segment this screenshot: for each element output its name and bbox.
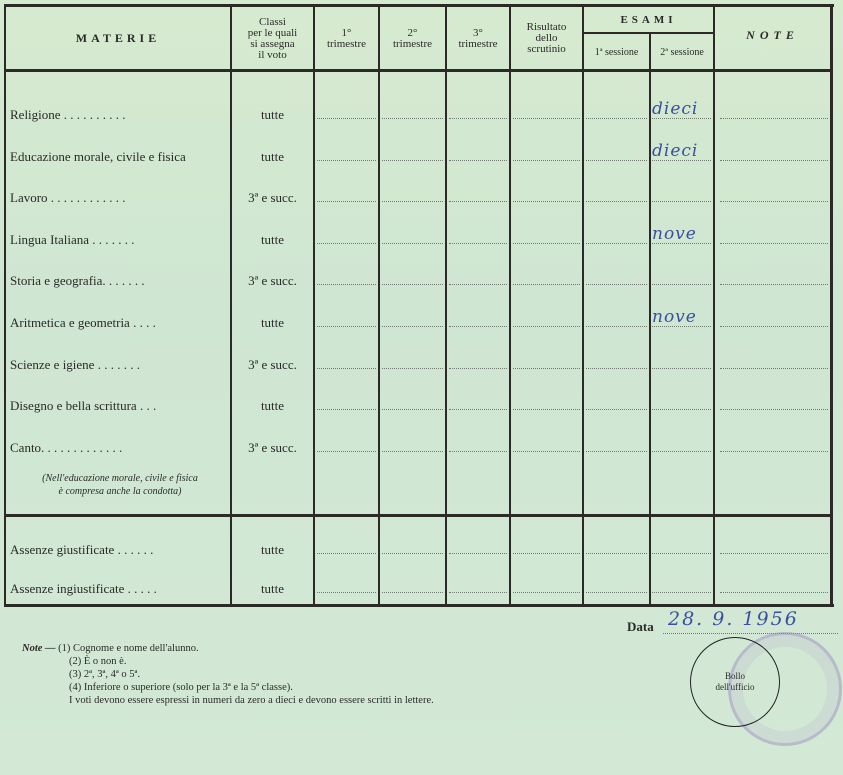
- header-materie: MATERIE: [6, 8, 230, 69]
- grade-field-line[interactable]: [513, 284, 580, 285]
- grade-field-line[interactable]: [586, 160, 647, 161]
- grade-field-line[interactable]: [449, 284, 507, 285]
- subject-classi: tutte: [231, 149, 314, 165]
- grade-field-line[interactable]: [382, 160, 443, 161]
- header-trimestre-2: 2° trimestre: [380, 8, 445, 69]
- absence-separator-rule: [4, 514, 832, 517]
- esami-sub-rule: [583, 32, 714, 34]
- grade-field-line[interactable]: [449, 368, 507, 369]
- grade-field-line[interactable]: [652, 368, 711, 369]
- grade-field-line[interactable]: [382, 284, 443, 285]
- footer-notes-lead: Note —: [22, 643, 56, 654]
- table-bottom-border: [4, 604, 834, 607]
- header-trimestre-1: 1° trimestre: [315, 8, 378, 69]
- report-card-page: MATERIE Classi per le quali si assegna i…: [0, 0, 843, 775]
- grade-field-line[interactable]: [720, 243, 828, 244]
- absence-field-line[interactable]: [720, 592, 828, 593]
- grade-field-line[interactable]: [720, 160, 828, 161]
- grade-field-line[interactable]: [382, 118, 443, 119]
- grade-field-line[interactable]: [652, 451, 711, 452]
- header-trimestre-3: 3° trimestre: [447, 8, 509, 69]
- date-value: 28. 9. 1956: [668, 608, 838, 630]
- grade-field-line[interactable]: [720, 451, 828, 452]
- subject-classi: tutte: [231, 232, 314, 248]
- subject-classi: 3ª e succ.: [231, 190, 314, 206]
- absence-field-line[interactable]: [317, 592, 376, 593]
- col-divider-trim2: [378, 6, 380, 606]
- handwritten-grade: nove: [652, 224, 697, 244]
- grade-field-line[interactable]: [720, 368, 828, 369]
- absence-classi: tutte: [231, 542, 314, 558]
- grade-field-line[interactable]: [317, 201, 376, 202]
- grade-field-line[interactable]: [652, 284, 711, 285]
- col-divider-classi: [230, 6, 232, 606]
- grade-field-line[interactable]: [513, 118, 580, 119]
- grade-field-line[interactable]: [317, 409, 376, 410]
- absence-field-line[interactable]: [513, 592, 580, 593]
- grade-field-line[interactable]: [513, 160, 580, 161]
- subject-classi: 3ª e succ.: [231, 357, 314, 373]
- subject-name: Religione . . . . . . . . . .: [10, 107, 126, 123]
- grade-field-line[interactable]: [586, 284, 647, 285]
- grade-field-line[interactable]: [317, 160, 376, 161]
- subject-name: Aritmetica e geometria . . . .: [10, 315, 156, 331]
- header-note: NOTE: [715, 8, 830, 63]
- grade-field-line[interactable]: [317, 326, 376, 327]
- date-label: Data: [627, 619, 654, 635]
- grade-field-line[interactable]: [449, 326, 507, 327]
- grade-field-line[interactable]: [720, 201, 828, 202]
- grade-field-line[interactable]: [317, 284, 376, 285]
- grade-field-line[interactable]: [586, 409, 647, 410]
- absence-field-line[interactable]: [652, 553, 711, 554]
- col-divider-sess2: [649, 34, 651, 606]
- col-divider-note: [713, 6, 715, 606]
- grade-field-line[interactable]: [382, 243, 443, 244]
- grade-field-line[interactable]: [720, 284, 828, 285]
- grade-field-line[interactable]: [317, 118, 376, 119]
- absence-label: Assenze ingiustificate . . . . .: [10, 581, 157, 597]
- header-esami: ESAMI: [584, 8, 713, 32]
- grade-field-line[interactable]: [513, 409, 580, 410]
- absence-field-line[interactable]: [449, 592, 507, 593]
- grade-field-line[interactable]: [720, 326, 828, 327]
- grade-field-line[interactable]: [513, 326, 580, 327]
- header-risultato: Risultato dello scrutinio: [511, 8, 582, 69]
- subject-name: Lingua Italiana . . . . . . .: [10, 232, 135, 248]
- subject-name: Scienze e igiene . . . . . . .: [10, 357, 140, 373]
- grade-field-line[interactable]: [449, 160, 507, 161]
- grade-field-line[interactable]: [317, 243, 376, 244]
- handwritten-grade: dieci: [652, 141, 698, 161]
- grade-field-line[interactable]: [513, 201, 580, 202]
- grade-field-line[interactable]: [586, 451, 647, 452]
- subject-name: Disegno e bella scrittura . . .: [10, 398, 156, 414]
- header-sessione-2: 2ª sessione: [651, 35, 713, 69]
- col-divider-sess1: [582, 6, 584, 606]
- grade-field-line[interactable]: [382, 368, 443, 369]
- subject-classi: tutte: [231, 315, 314, 331]
- grade-field-line[interactable]: [382, 326, 443, 327]
- absence-field-line[interactable]: [449, 553, 507, 554]
- col-divider-risultato: [509, 6, 511, 606]
- header-sessione-1: 1ª sessione: [584, 35, 649, 69]
- stamp-placeholder-circle: Bollo dell'ufficio: [690, 637, 780, 727]
- grade-field-line[interactable]: [513, 451, 580, 452]
- subject-name: Lavoro . . . . . . . . . . . .: [10, 190, 126, 206]
- header-bottom-rule: [4, 69, 832, 72]
- absence-classi: tutte: [231, 581, 314, 597]
- table-top-border: [4, 4, 834, 7]
- col-divider-trim1: [313, 6, 315, 606]
- grade-field-line[interactable]: [317, 451, 376, 452]
- conduct-note: (Nell'educazione morale, civile e fisica…: [10, 472, 230, 498]
- grade-field-line[interactable]: [586, 326, 647, 327]
- grade-field-line[interactable]: [382, 201, 443, 202]
- grade-field-line[interactable]: [586, 368, 647, 369]
- subject-classi: tutte: [231, 107, 314, 123]
- absence-field-line[interactable]: [382, 592, 443, 593]
- grade-field-line[interactable]: [513, 243, 580, 244]
- grade-field-line[interactable]: [317, 368, 376, 369]
- absence-label: Assenze giustificate . . . . . .: [10, 542, 153, 558]
- grade-field-line[interactable]: [720, 409, 828, 410]
- handwritten-grade: nove: [652, 307, 697, 327]
- subject-name: Educazione morale, civile e fisica: [10, 149, 186, 165]
- absence-field-line[interactable]: [513, 553, 580, 554]
- grade-field-line[interactable]: [720, 118, 828, 119]
- subject-classi: 3ª e succ.: [231, 273, 314, 289]
- col-divider-trim3: [445, 6, 447, 606]
- grade-field-line[interactable]: [513, 368, 580, 369]
- absence-field-line[interactable]: [586, 553, 647, 554]
- absence-field-line[interactable]: [652, 592, 711, 593]
- grade-field-line[interactable]: [449, 409, 507, 410]
- subject-classi: tutte: [231, 398, 314, 414]
- grade-field-line[interactable]: [586, 243, 647, 244]
- absence-field-line[interactable]: [382, 553, 443, 554]
- subject-name: Storia e geografia. . . . . . .: [10, 273, 145, 289]
- grade-field-line[interactable]: [652, 409, 711, 410]
- grade-field-line[interactable]: [449, 451, 507, 452]
- absence-field-line[interactable]: [720, 553, 828, 554]
- date-dotted-line: [663, 633, 838, 634]
- grade-field-line[interactable]: [586, 201, 647, 202]
- grade-field-line[interactable]: [449, 243, 507, 244]
- footer-notes: Note — (1) Cognome e nome dell'alunno. (…: [22, 642, 434, 707]
- header-classi: Classi per le quali si assegna il voto: [232, 8, 313, 69]
- subject-classi: 3ª e succ.: [231, 440, 314, 456]
- handwritten-grade: dieci: [652, 99, 698, 119]
- absence-field-line[interactable]: [317, 553, 376, 554]
- subject-name: Canto. . . . . . . . . . . . .: [10, 440, 122, 456]
- absence-field-line[interactable]: [586, 592, 647, 593]
- grade-field-line[interactable]: [652, 201, 711, 202]
- grade-field-line[interactable]: [586, 118, 647, 119]
- grade-field-line[interactable]: [382, 451, 443, 452]
- grade-field-line[interactable]: [382, 409, 443, 410]
- grade-field-line[interactable]: [449, 201, 507, 202]
- grade-field-line[interactable]: [449, 118, 507, 119]
